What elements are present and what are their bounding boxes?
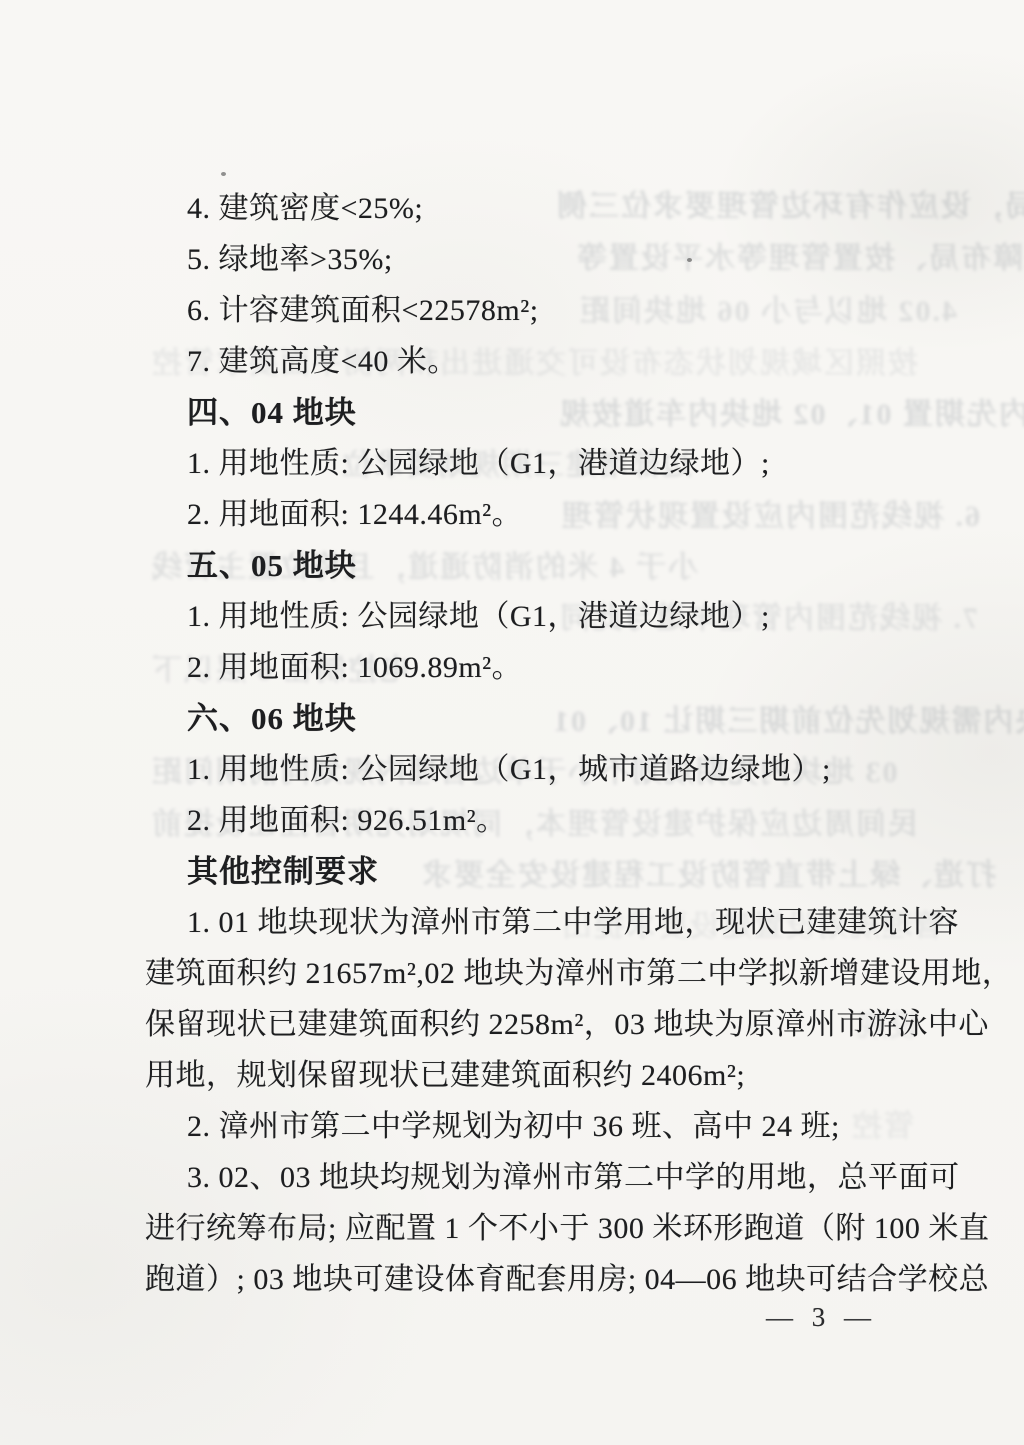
document-line: 1. 用地性质: 公园绿地（G1，港道边绿地）; bbox=[145, 591, 907, 642]
document-line: 保留现状已建建筑面积约 2258m²，03 地块为原漳州市游泳中心 bbox=[145, 999, 907, 1050]
document-line: 1. 用地性质: 公园绿地（G1，港道边绿地）; bbox=[145, 438, 907, 489]
document-body: 4. 建筑密度<25%;5. 绿地率>35%;6. 计容建筑面积<22578m²… bbox=[145, 183, 907, 1305]
document-line: 2. 用地面积: 1244.46m²。 bbox=[145, 489, 907, 540]
section-heading: 其他控制要求 bbox=[145, 846, 907, 897]
document-line: 4. 建筑密度<25%; bbox=[145, 183, 907, 234]
section-heading: 四、04 地块 bbox=[145, 387, 907, 438]
ink-speck bbox=[221, 172, 226, 176]
document-line: 5. 绿地率>35%; bbox=[145, 234, 907, 285]
section-heading: 六、06 地块 bbox=[145, 693, 907, 744]
document-line: 3. 02、03 地块均规划为漳州市第二中学的用地，总平面可 bbox=[145, 1152, 907, 1203]
document-line: 6. 计容建筑面积<22578m²; bbox=[145, 285, 907, 336]
ink-speck bbox=[687, 258, 692, 262]
document-line: 2. 漳州市第二中学规划为初中 36 班、高中 24 班; bbox=[145, 1101, 907, 1152]
document-line: 2. 用地面积: 1069.89m²。 bbox=[145, 642, 907, 693]
page-number: — 3 — bbox=[766, 1302, 877, 1333]
document-line: 2. 用地面积: 926.51m²。 bbox=[145, 795, 907, 846]
document-line: 1. 01 地块现状为漳州市第二中学用地，现状已建建筑计容 bbox=[145, 897, 907, 948]
section-heading: 五、05 地块 bbox=[145, 540, 907, 591]
document-line: 用地，规划保留现状已建建筑面积约 2406m²; bbox=[145, 1050, 907, 1101]
scanned-document-page: 平面布局，设应作有环边管理要求位三侧这保障布局、按置管理等水平设置等4.02 地… bbox=[0, 0, 1024, 1445]
document-line: 7. 建筑高度<40 米。 bbox=[145, 336, 907, 387]
document-line: 1. 用地性质: 公园绿地（G1，城市道路边绿地）; bbox=[145, 744, 907, 795]
document-lines: 4. 建筑密度<25%;5. 绿地率>35%;6. 计容建筑面积<22578m²… bbox=[145, 183, 907, 1305]
document-line: 建筑面积约 21657m²,02 地块为漳州市第二中学拟新增建设用地， bbox=[145, 948, 907, 999]
document-line: 跑道）; 03 地块可建设体育配套用房; 04—06 地块可结合学校总 bbox=[145, 1254, 907, 1305]
document-line: 进行统筹布局; 应配置 1 个不小于 300 米环形跑道（附 100 米直 bbox=[145, 1203, 907, 1254]
